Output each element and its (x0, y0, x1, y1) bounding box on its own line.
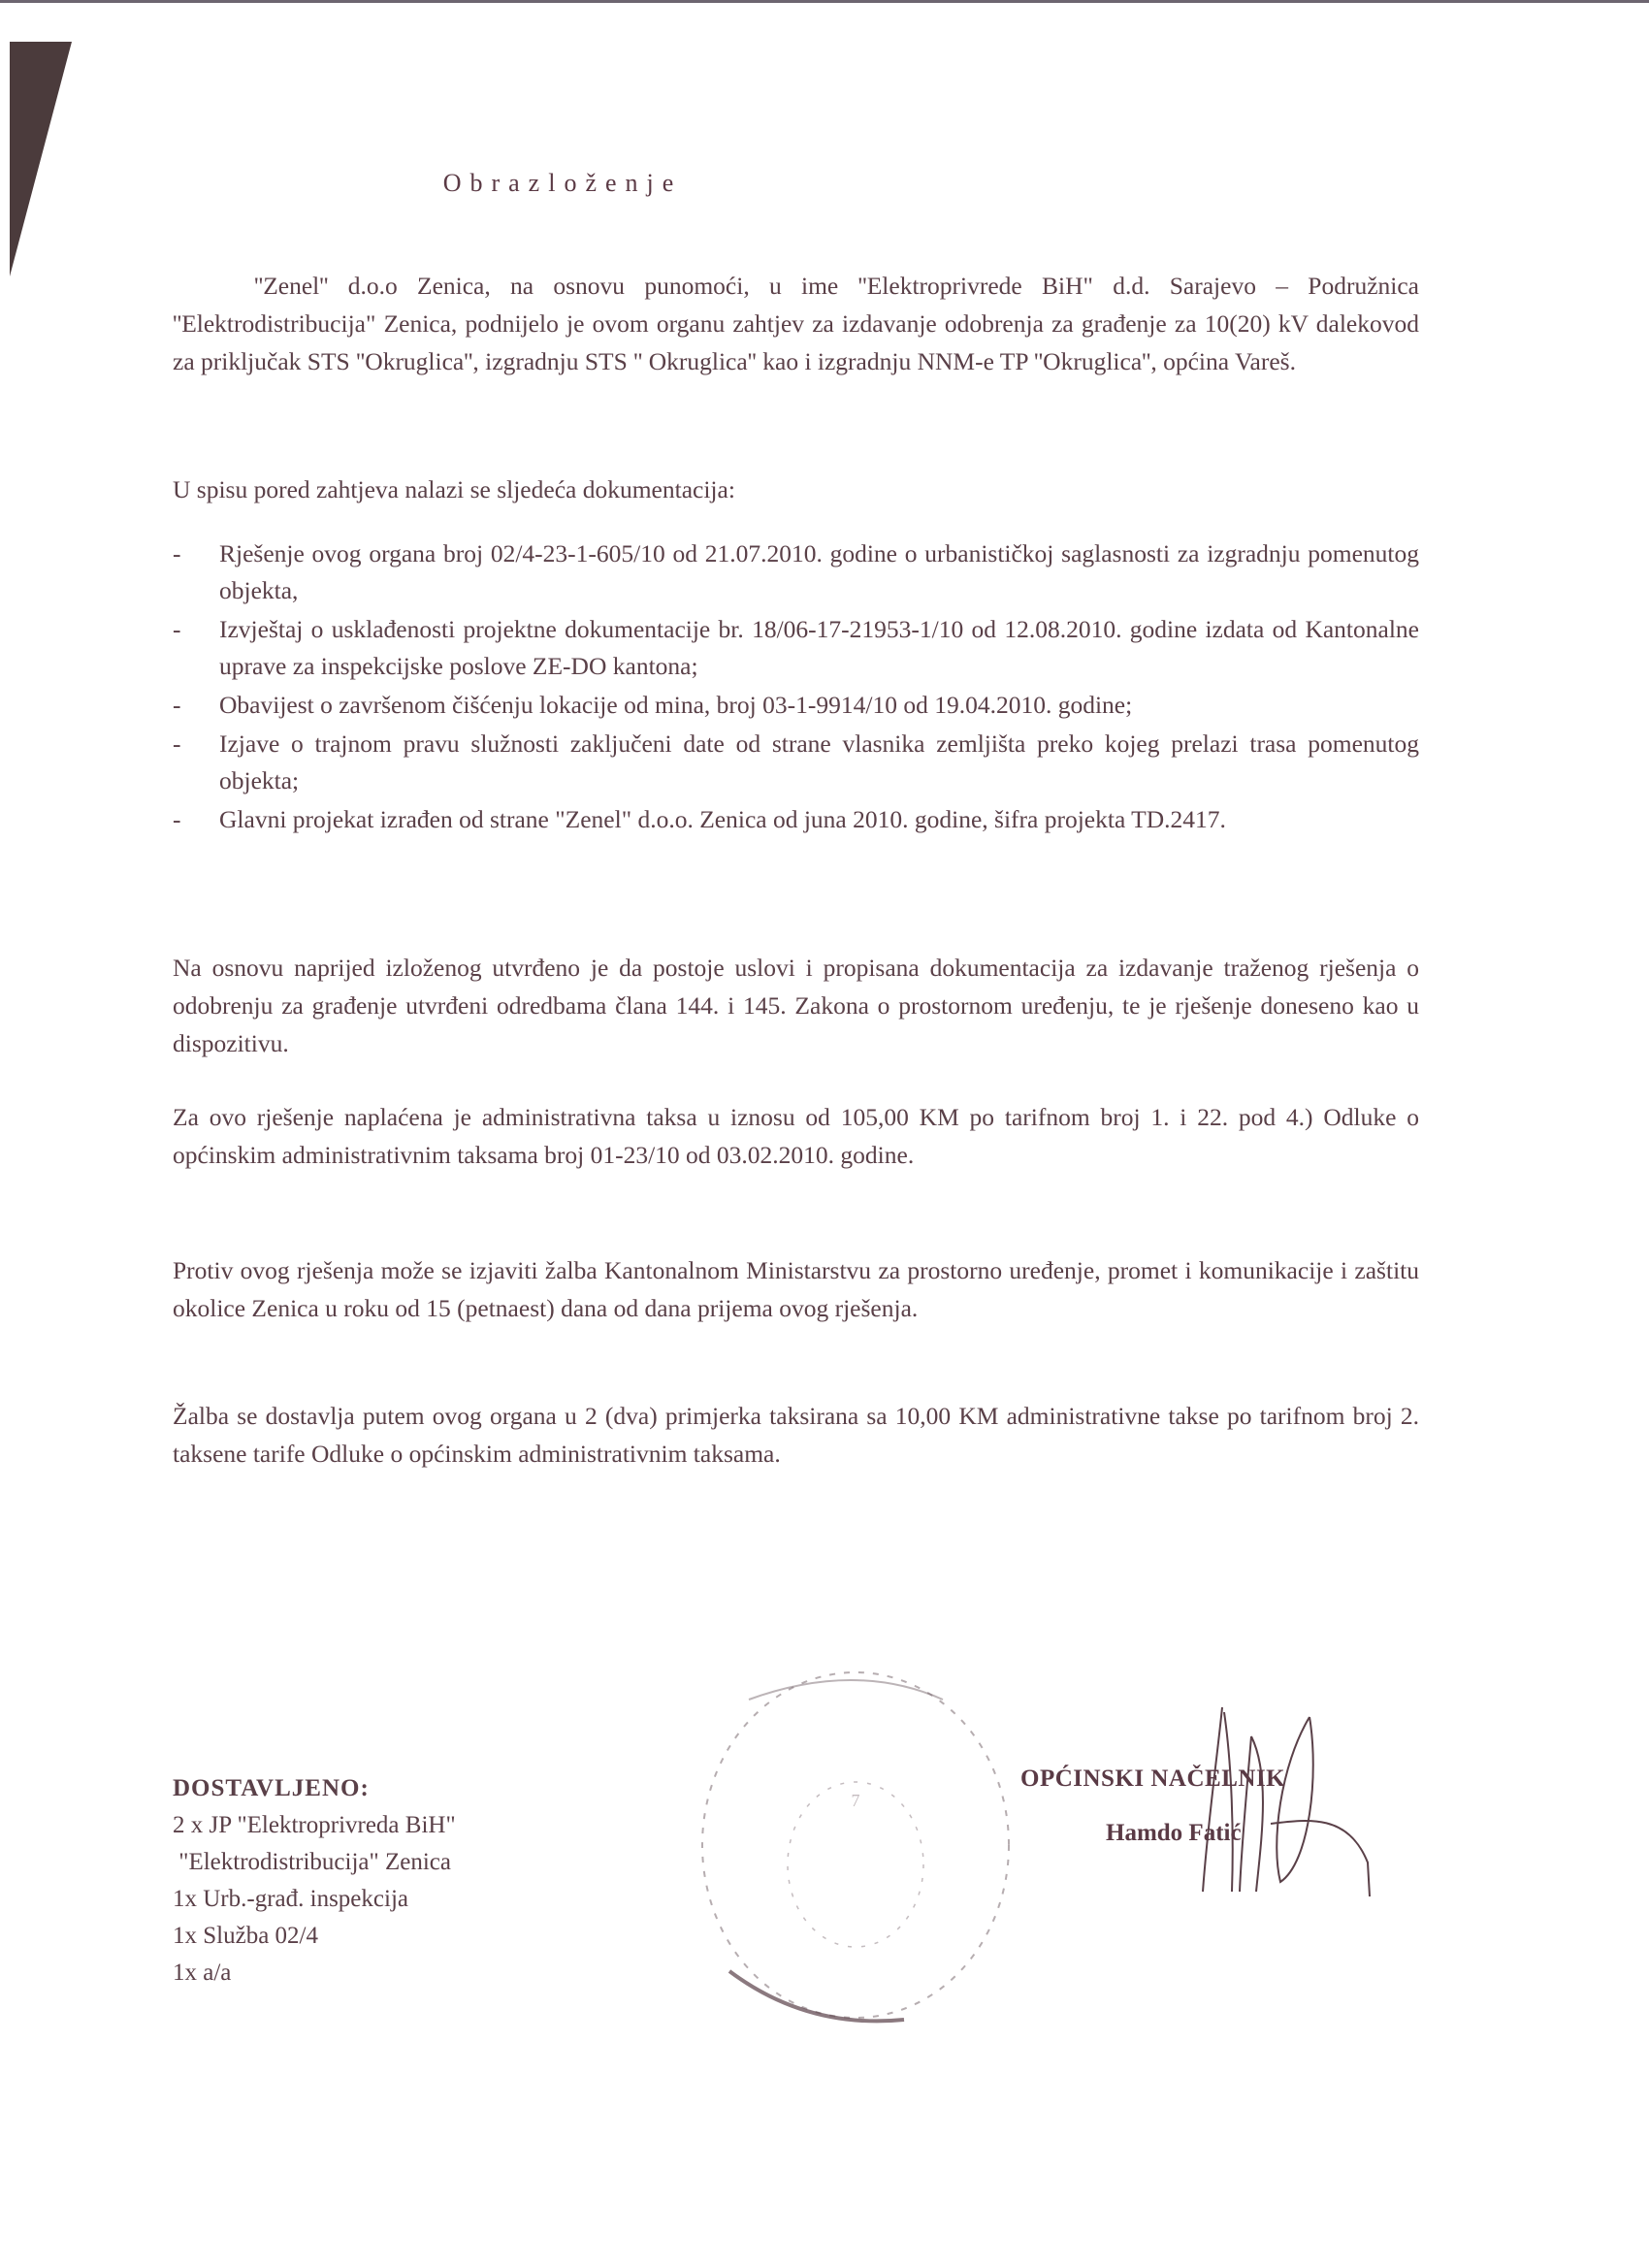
list-item: - Obavijest o završenom čišćenju lokacij… (173, 687, 1419, 724)
recipient-line: 1x Urb.-građ. inspekcija (173, 1881, 456, 1918)
recipient-line: 2 x JP "Elektroprivreda BiH" (173, 1807, 456, 1844)
official-stamp-icon: 7 (691, 1661, 1020, 2029)
list-item-text: Obavijest o završenom čišćenju lokacije … (219, 691, 1132, 719)
signature-block: OPĆINSKI NAČELNIK Hamdo Fatić (1020, 1766, 1285, 1847)
bullet: - (173, 611, 181, 648)
scan-edge-artifact (0, 0, 1649, 3)
recipient-line: "Elektrodistribucija" Zenica (173, 1844, 456, 1881)
bullet: - (173, 801, 181, 838)
appeal-paragraph: Protiv ovog rješenja može se izjaviti ža… (173, 1251, 1419, 1327)
list-item: - Rješenje ovog organa broj 02/4-23-1-60… (173, 535, 1419, 609)
signatory-role: OPĆINSKI NAČELNIK (1020, 1766, 1285, 1793)
svg-text:7: 7 (852, 1791, 860, 1810)
documentation-intro: U spisu pored zahtjeva nalazi se sljedeć… (173, 470, 1419, 508)
list-item: - Izvještaj o usklađenosti projektne dok… (173, 611, 1419, 685)
intro-paragraph: ''Zenel'' d.o.o Zenica, na osnovu punomo… (173, 267, 1419, 380)
list-item-text: Glavni projekat izrađen od strane "Zenel… (219, 805, 1226, 833)
list-item: - Glavni projekat izrađen od strane "Zen… (173, 801, 1419, 838)
list-item-text: Izvještaj o usklađenosti projektne dokum… (219, 615, 1419, 680)
recipients-heading: DOSTAVLJENO: (173, 1770, 456, 1807)
documentation-list: - Rješenje ovog organa broj 02/4-23-1-60… (173, 535, 1419, 838)
document-title: Obrazloženje (0, 169, 1125, 198)
list-item-text: Rješenje ovog organa broj 02/4-23-1-605/… (219, 539, 1419, 604)
bullet: - (173, 726, 181, 762)
fee-paragraph: Za ovo rješenje naplaćena je administrat… (173, 1098, 1419, 1174)
signatory-name: Hamdo Fatić (1106, 1820, 1285, 1847)
bullet: - (173, 535, 181, 572)
appeal-submission-paragraph: Žalba se dostavlja putem ovog organa u 2… (173, 1397, 1419, 1473)
list-item-text: Izjave o trajnom pravu služnosti zaključ… (219, 729, 1419, 794)
bullet: - (173, 687, 181, 724)
conclusion-paragraph: Na osnovu naprijed izloženog utvrđeno je… (173, 949, 1419, 1062)
recipients-block: DOSTAVLJENO: 2 x JP "Elektroprivreda BiH… (173, 1770, 456, 1992)
recipient-line: 1x a/a (173, 1955, 456, 1992)
recipient-line: 1x Služba 02/4 (173, 1918, 456, 1955)
scan-shadow-artifact (8, 39, 85, 281)
list-item: - Izjave o trajnom pravu služnosti zaklj… (173, 726, 1419, 799)
